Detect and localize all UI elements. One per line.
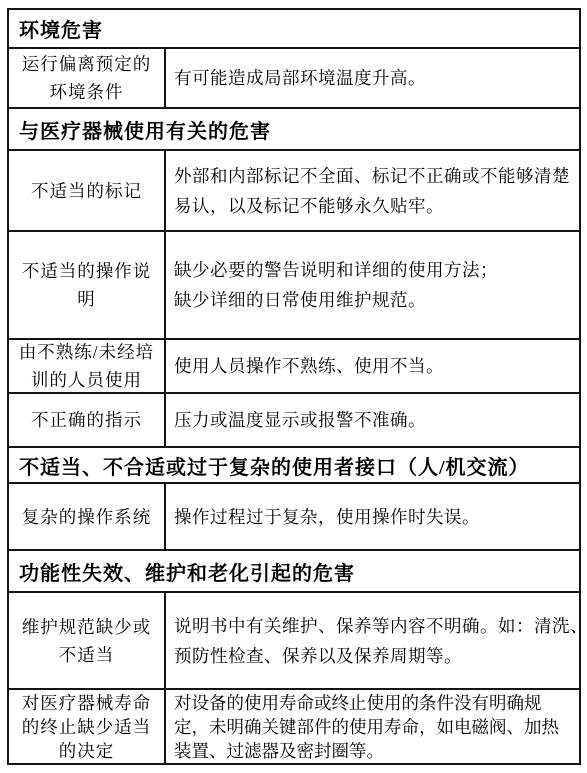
description-cell: 使用人员操作不熟练、使用不当。 — [166, 340, 579, 392]
section-header-row-functional-failure: 功能性失效、维护和老化引起的危害 — [9, 551, 579, 593]
hazard-cell: 维护规范缺少或 不适当 — [9, 593, 166, 688]
section-header-row-user-interface: 不适当、不合适或过于复杂的使用者接口（人/机交流） — [9, 448, 579, 484]
hazard-cell: 对医疗器械寿命 的终止缺少适当 的决定 — [9, 690, 166, 763]
hazard-cell: 不适当的操作说 明 — [9, 232, 166, 338]
table-row: 运行偏离预定的 环境条件 有可能造成局部环境温度升高。 — [9, 49, 579, 109]
description-cell: 对设备的使用寿命或终止使用的条件没有明确规 定，未明确关键部件的使用寿命，如电磁… — [166, 690, 579, 763]
hazard-analysis-table: 环境危害 运行偏离预定的 环境条件 有可能造成局部环境温度升高。 与医疗器械使用… — [7, 8, 581, 765]
section-header-row-device-use: 与医疗器械使用有关的危害 — [9, 109, 579, 151]
table-row: 维护规范缺少或 不适当 说明书中有关维护、保养等内容不明确。如：清洗、 预防性检… — [9, 593, 579, 690]
table-row: 不正确的指示 压力或温度显示或报警不准确。 — [9, 394, 579, 448]
hazard-cell: 不适当的标记 — [9, 151, 166, 230]
section-title: 环境危害 — [9, 10, 579, 47]
section-title: 不适当、不合适或过于复杂的使用者接口（人/机交流） — [9, 448, 579, 482]
description-cell: 有可能造成局部环境温度升高。 — [166, 49, 579, 107]
hazard-cell: 不正确的指示 — [9, 394, 166, 446]
hazard-cell: 复杂的操作系统 — [9, 484, 166, 549]
table-row: 由不熟练/未经培 训的人员使用 使用人员操作不熟练、使用不当。 — [9, 340, 579, 394]
table-row: 对医疗器械寿命 的终止缺少适当 的决定 对设备的使用寿命或终止使用的条件没有明确… — [9, 690, 579, 763]
table-row: 不适当的操作说 明 缺少必要的警告说明和详细的使用方法； 缺少详细的日常使用维护… — [9, 232, 579, 340]
table-row: 复杂的操作系统 操作过程过于复杂，使用操作时失误。 — [9, 484, 579, 551]
section-title: 功能性失效、维护和老化引起的危害 — [9, 551, 579, 591]
hazard-cell: 运行偏离预定的 环境条件 — [9, 49, 166, 107]
section-title: 与医疗器械使用有关的危害 — [9, 109, 579, 149]
section-header-row-environment: 环境危害 — [9, 10, 579, 49]
description-cell: 说明书中有关维护、保养等内容不明确。如：清洗、 预防性检查、保养以及保养周期等。 — [166, 593, 579, 688]
hazard-cell: 由不熟练/未经培 训的人员使用 — [9, 340, 166, 392]
table-row: 不适当的标记 外部和内部标记不全面、标记不正确或不能够清楚 易认，以及标记不能够… — [9, 151, 579, 232]
description-cell: 操作过程过于复杂，使用操作时失误。 — [166, 484, 579, 549]
description-cell: 缺少必要的警告说明和详细的使用方法； 缺少详细的日常使用维护规范。 — [166, 232, 579, 338]
description-cell: 压力或温度显示或报警不准确。 — [166, 394, 579, 446]
description-cell: 外部和内部标记不全面、标记不正确或不能够清楚 易认，以及标记不能够永久贴牢。 — [166, 151, 579, 230]
